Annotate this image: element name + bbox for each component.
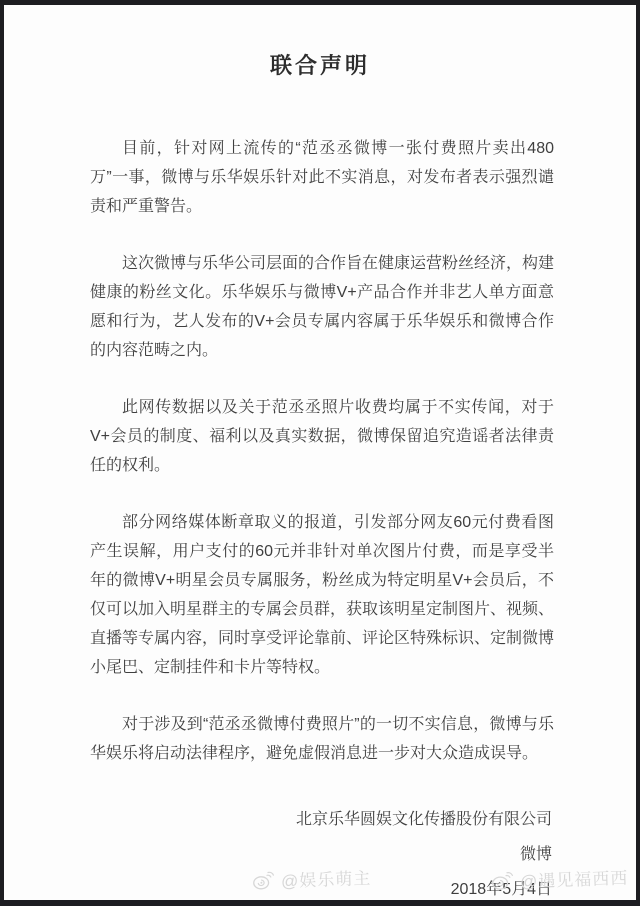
signature-date: 2018年5月4日 bbox=[4, 882, 552, 898]
paragraph-5: 对于涉及到“范丞丞微博付费照片”的一切不实信息，微博与乐华娱乐将启动法律程序，避… bbox=[90, 710, 554, 768]
paragraph-3: 此网传数据以及关于范丞丞照片收费均属于不实传闻，对于V+会员的制度、福利以及真实… bbox=[90, 393, 554, 480]
paragraph-1: 目前，针对网上流传的“范丞丞微博一张付费照片卖出480万”一事，微博与乐华娱乐针… bbox=[90, 134, 554, 221]
document-body: 目前，针对网上流传的“范丞丞微博一张付费照片卖出480万”一事，微博与乐华娱乐针… bbox=[4, 134, 636, 768]
signature-block: 北京乐华圆娱文化传播股份有限公司 微博 2018年5月4日 bbox=[4, 812, 636, 898]
paragraph-2: 这次微博与乐华公司层面的合作旨在健康运营粉丝经济，构建健康的粉丝文化。乐华娱乐与… bbox=[90, 249, 554, 365]
page-title: 联合声明 bbox=[4, 49, 636, 80]
signature-company: 北京乐华圆娱文化传播股份有限公司 bbox=[4, 812, 552, 828]
signature-platform: 微博 bbox=[4, 847, 552, 863]
paragraph-4: 部分网络媒体断章取义的报道，引发部分网友60元付费看图产生误解，用户支付的60元… bbox=[90, 508, 554, 682]
document-page: 联合声明 目前，针对网上流传的“范丞丞微博一张付费照片卖出480万”一事，微博与… bbox=[0, 0, 640, 906]
